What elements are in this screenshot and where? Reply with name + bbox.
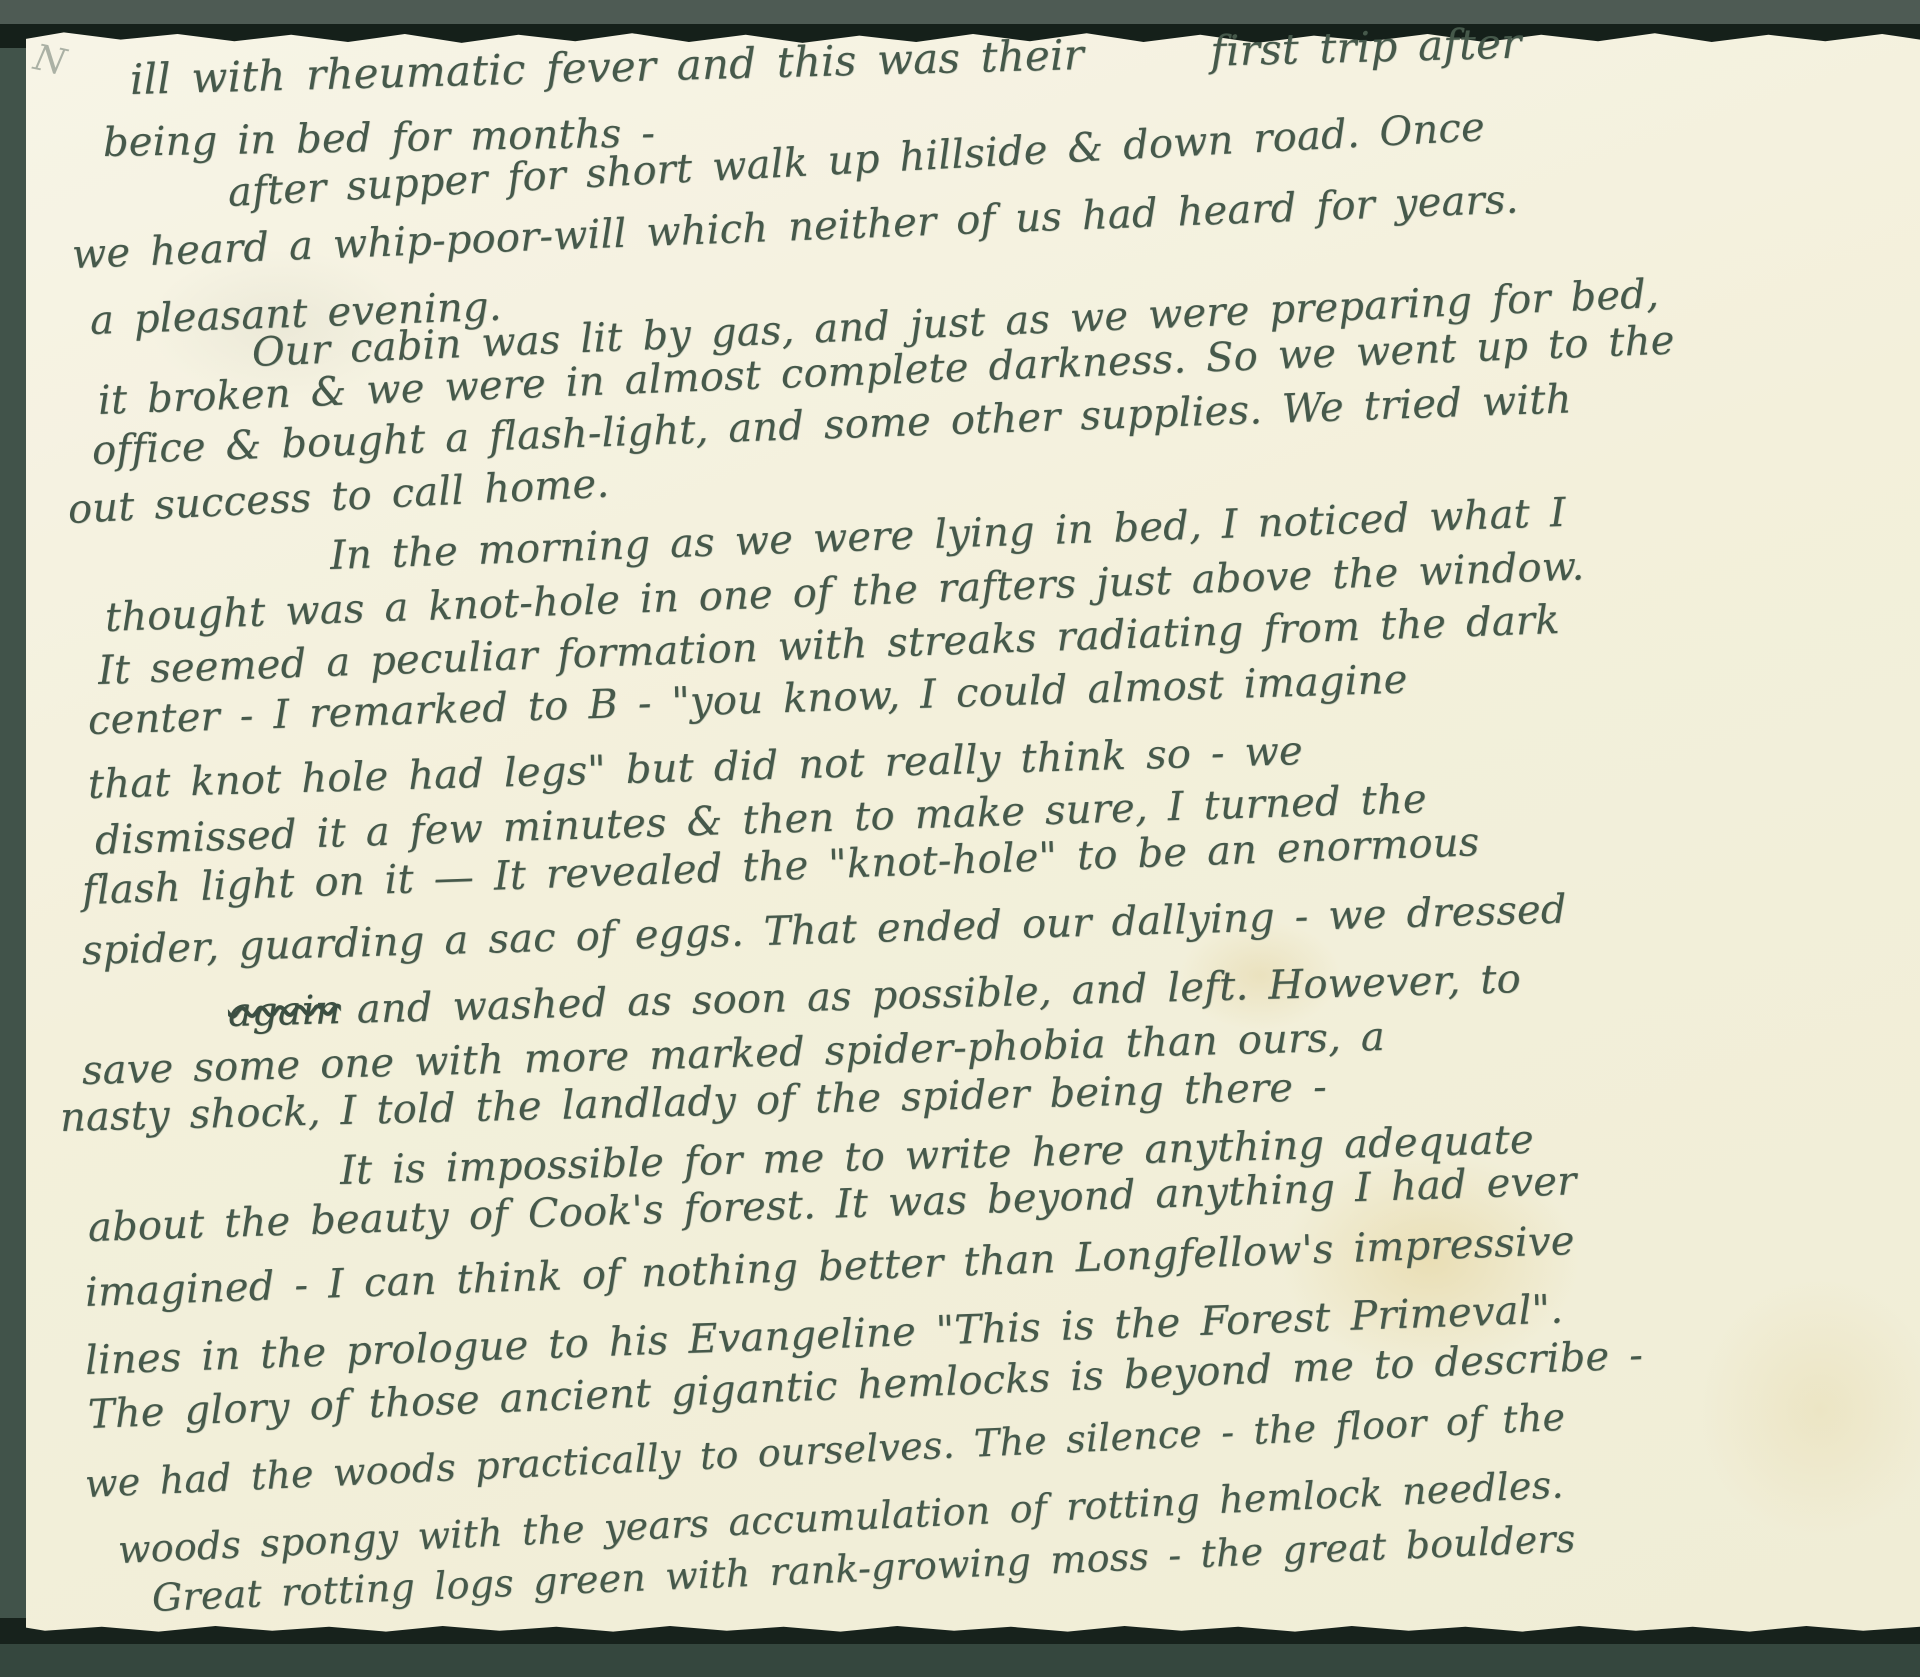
scan-background-bottom-band: [0, 1644, 1920, 1677]
scan-background-top-band: [0, 0, 1920, 26]
strikethrough-word: again: [227, 987, 341, 1036]
scanned-letter-page: N ill with rheumatic fever and this was …: [0, 0, 1920, 1677]
